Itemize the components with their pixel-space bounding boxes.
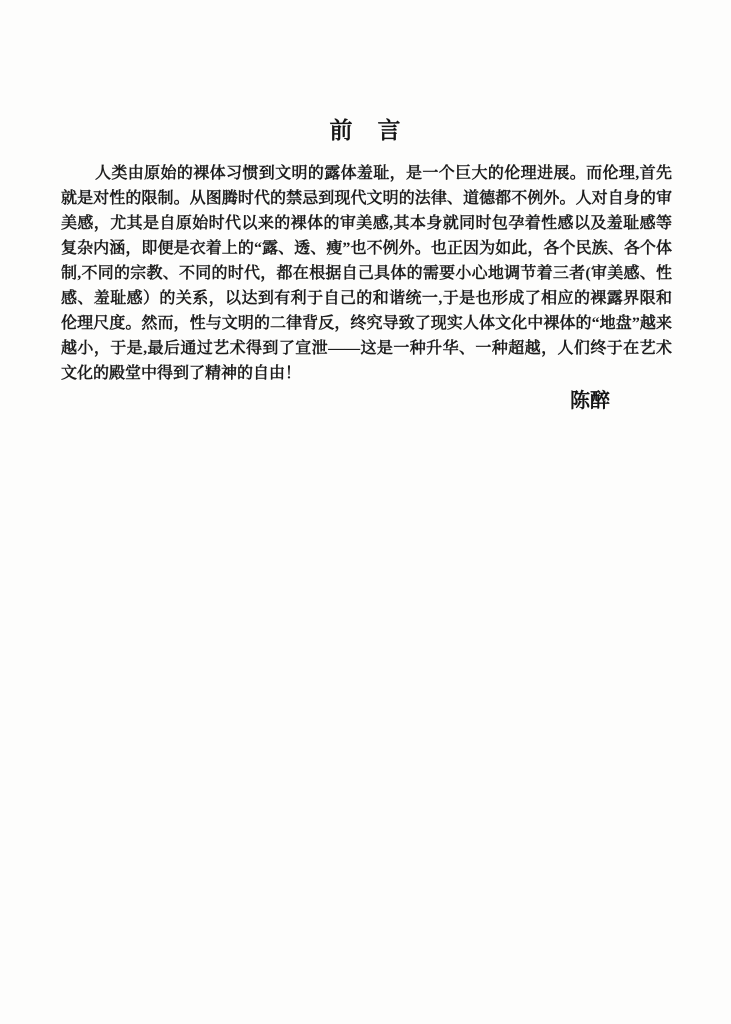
preface-line-9: 文化的殿堂中得到了精神的自由！ <box>61 361 672 386</box>
preface-line-8: 越小，于是,最后通过艺术得到了宣泄——这是一种升华、一种超越，人们终于在艺术 <box>61 336 672 361</box>
preface-line-3: 美感，尤其是自原始时代以来的裸体的审美感,其本身就同时包孕着性感以及羞耻感等 <box>61 211 672 236</box>
preface-line-7: 伦理尺度。然而，性与文明的二律背反，终究导致了现实人体文化中裸体的“地盘”越来 <box>61 311 672 336</box>
preface-line-2: 就是对性的限制。从图腾时代的禁忌到现代文明的法律、道德都不例外。人对自身的审 <box>61 186 672 211</box>
page: 前 言 人类由原始的裸体习惯到文明的露体羞耻，是一个巨大的伦理进展。而伦理,首先… <box>0 0 731 1024</box>
preface-title: 前 言 <box>0 112 731 145</box>
preface-line-5: 制,不同的宗教、不同的时代，都在根据自己具体的需要小心地调节着三者(审美感、性 <box>61 261 672 286</box>
preface-line-1: 人类由原始的裸体习惯到文明的露体羞耻，是一个巨大的伦理进展。而伦理,首先 <box>61 161 672 186</box>
preface-body: 人类由原始的裸体习惯到文明的露体羞耻，是一个巨大的伦理进展。而伦理,首先 就是对… <box>61 161 672 414</box>
preface-line-6: 感、羞耻感）的关系，以达到有利于自己的和谐统一,于是也形成了相应的裸露界限和 <box>61 286 672 311</box>
scanned-book-page: { "page": { "background_color": "#fdfdfc… <box>0 0 731 1024</box>
author-signature: 陈醉 <box>61 389 610 414</box>
preface-line-4: 复杂内涵，即便是衣着上的“露、透、瘦”也不例外。也正因为如此，各个民族、各个体 <box>61 236 672 261</box>
